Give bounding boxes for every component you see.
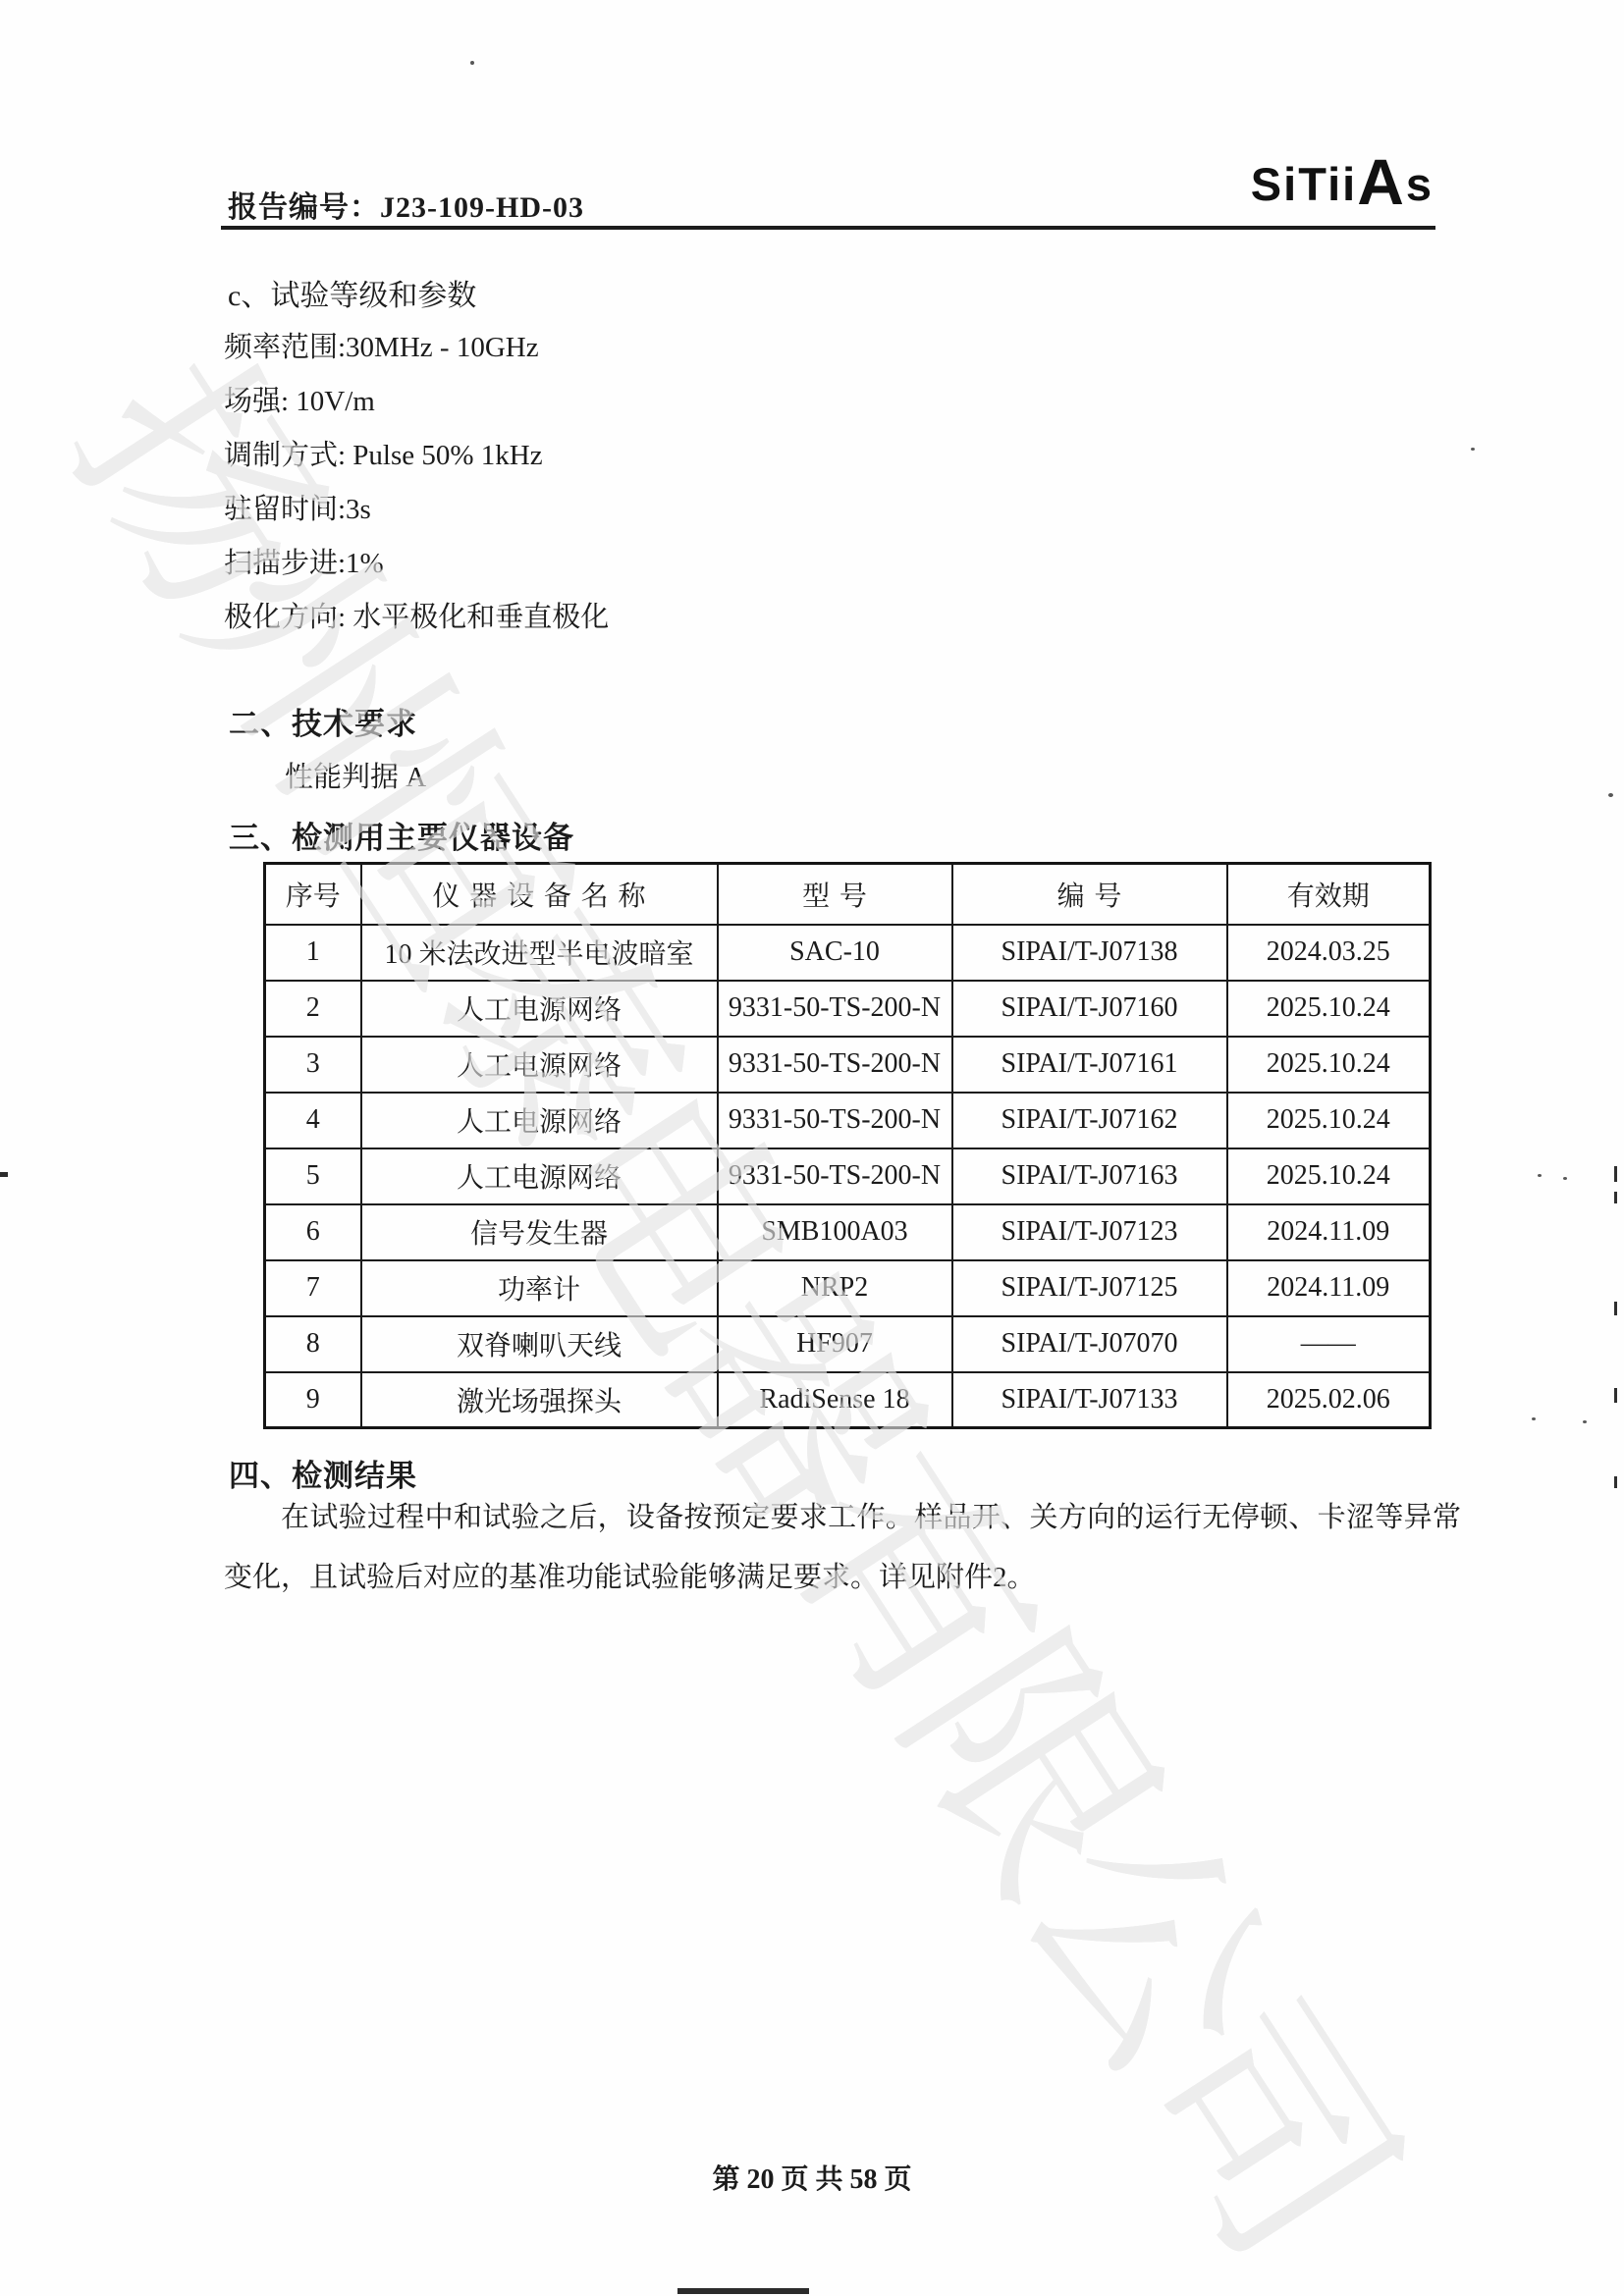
logo-triangle-a: A	[1357, 162, 1406, 201]
scan-tick	[1614, 1476, 1617, 1488]
cell-serial: SIPAI/T-J07133	[952, 1372, 1227, 1428]
cell-serial: SIPAI/T-J07070	[952, 1316, 1227, 1372]
cell-index: 5	[265, 1148, 361, 1204]
table-row: 3 人工电源网络 9331-50-TS-200-N SIPAI/T-J07161…	[265, 1037, 1431, 1093]
cell-name: 信号发生器	[361, 1204, 718, 1260]
scan-mark	[0, 1172, 8, 1177]
param-modulation: 调制方式: Pulse 50% 1kHz	[224, 433, 543, 473]
section-2-title: 二、技术要求	[229, 699, 417, 743]
table-row: 8 双脊喇叭天线 HF907 SIPAI/T-J07070 ——	[265, 1316, 1431, 1372]
cell-validity: 2024.11.09	[1227, 1204, 1431, 1260]
document-content: 报告编号：J23-109-HD-03 SiTiiAs c、试验等级和参数 频率范…	[224, 0, 1457, 2296]
sitiias-logo: SiTiiAs	[1251, 155, 1434, 214]
cell-model: SMB100A03	[718, 1204, 952, 1260]
report-number: 报告编号：J23-109-HD-03	[228, 183, 584, 226]
cell-validity: 2025.10.24	[1227, 1037, 1431, 1093]
scan-speck	[1471, 448, 1475, 451]
scan-tick	[1614, 1388, 1617, 1403]
cell-index: 1	[265, 925, 361, 981]
cell-name: 10 米法改进型半电波暗室	[361, 925, 718, 981]
scan-speck	[1532, 1417, 1536, 1420]
cell-name: 激光场强探头	[361, 1372, 718, 1428]
table-row: 4 人工电源网络 9331-50-TS-200-N SIPAI/T-J07162…	[265, 1093, 1431, 1148]
cell-serial: SIPAI/T-J07160	[952, 981, 1227, 1037]
cell-validity: ——	[1227, 1316, 1431, 1372]
table-header-row: 序号 仪器设备名称 型号 编号 有效期	[265, 864, 1431, 925]
cell-serial: SIPAI/T-J07123	[952, 1204, 1227, 1260]
logo-text-left: SiTii	[1251, 158, 1357, 210]
cell-model: SAC-10	[718, 925, 952, 981]
col-header-validity: 有效期	[1227, 864, 1431, 925]
cell-model: 9331-50-TS-200-N	[718, 1093, 952, 1148]
scan-speck	[1583, 1420, 1587, 1423]
cell-validity: 2024.03.25	[1227, 925, 1431, 981]
col-header-serial: 编号	[952, 864, 1227, 925]
cell-model: RadiSense 18	[718, 1372, 952, 1428]
section-c-title: c、试验等级和参数	[228, 271, 476, 314]
cell-model: 9331-50-TS-200-N	[718, 1037, 952, 1093]
scan-tick	[1614, 1302, 1617, 1315]
logo-text-right: s	[1406, 158, 1434, 210]
col-header-name: 仪器设备名称	[361, 864, 718, 925]
cell-model: NRP2	[718, 1260, 952, 1316]
cell-name: 人工电源网络	[361, 981, 718, 1037]
test-result-paragraph: 在试验过程中和试验之后，设备按预定要求工作。样品开、关方向的运行无停顿、卡涩等异…	[224, 1488, 1461, 1608]
cell-name: 人工电源网络	[361, 1037, 718, 1093]
page-number: 第 20 页 共 58 页	[0, 2158, 1624, 2197]
cell-serial: SIPAI/T-J07161	[952, 1037, 1227, 1093]
cell-name: 人工电源网络	[361, 1093, 718, 1148]
cell-index: 3	[265, 1037, 361, 1093]
table-row: 7 功率计 NRP2 SIPAI/T-J07125 2024.11.09	[265, 1260, 1431, 1316]
param-polarization: 极化方向: 水平极化和垂直极化	[224, 595, 609, 635]
table-row: 5 人工电源网络 9331-50-TS-200-N SIPAI/T-J07163…	[265, 1148, 1431, 1204]
scan-speck	[1538, 1174, 1542, 1177]
equipment-table: 序号 仪器设备名称 型号 编号 有效期 1 10 米法改进型半电波暗室 SAC-…	[263, 862, 1432, 1429]
cell-index: 7	[265, 1260, 361, 1316]
cell-serial: SIPAI/T-J07125	[952, 1260, 1227, 1316]
scan-tick	[1614, 1166, 1617, 1182]
cell-index: 4	[265, 1093, 361, 1148]
cell-index: 8	[265, 1316, 361, 1372]
cell-validity: 2025.10.24	[1227, 981, 1431, 1037]
page: 扬州恒泰电器有限公司 报告编号：J23-109-HD-03 SiTiiAs c、…	[0, 0, 1624, 2296]
cell-model: 9331-50-TS-200-N	[718, 1148, 952, 1204]
scan-speck	[470, 61, 474, 65]
table-row: 6 信号发生器 SMB100A03 SIPAI/T-J07123 2024.11…	[265, 1204, 1431, 1260]
scan-tick	[1614, 1192, 1617, 1203]
cell-name: 功率计	[361, 1260, 718, 1316]
cell-serial: SIPAI/T-J07138	[952, 925, 1227, 981]
cell-index: 6	[265, 1204, 361, 1260]
param-frequency-range: 频率范围:30MHz - 10GHz	[224, 325, 539, 365]
cell-name: 人工电源网络	[361, 1148, 718, 1204]
cell-model: HF907	[718, 1316, 952, 1372]
col-header-index: 序号	[265, 864, 361, 925]
scan-speck	[1563, 1177, 1567, 1180]
cell-validity: 2025.10.24	[1227, 1148, 1431, 1204]
header-divider-line	[221, 226, 1435, 230]
cell-index: 9	[265, 1372, 361, 1428]
param-dwell-time: 驻留时间:3s	[224, 487, 371, 527]
scan-mark	[677, 2288, 809, 2294]
cell-name: 双脊喇叭天线	[361, 1316, 718, 1372]
table-row: 1 10 米法改进型半电波暗室 SAC-10 SIPAI/T-J07138 20…	[265, 925, 1431, 981]
cell-serial: SIPAI/T-J07163	[952, 1148, 1227, 1204]
performance-criterion: 性能判据 A	[285, 755, 426, 795]
cell-model: 9331-50-TS-200-N	[718, 981, 952, 1037]
table-row: 9 激光场强探头 RadiSense 18 SIPAI/T-J07133 202…	[265, 1372, 1431, 1428]
scan-speck	[1608, 793, 1613, 797]
cell-serial: SIPAI/T-J07162	[952, 1093, 1227, 1148]
param-step-size: 扫描步进:1%	[224, 541, 384, 581]
section-3-title: 三、检测用主要仪器设备	[229, 813, 574, 857]
param-field-strength: 场强: 10V/m	[224, 379, 375, 419]
cell-validity: 2025.02.06	[1227, 1372, 1431, 1428]
col-header-model: 型号	[718, 864, 952, 925]
cell-index: 2	[265, 981, 361, 1037]
cell-validity: 2025.10.24	[1227, 1093, 1431, 1148]
cell-validity: 2024.11.09	[1227, 1260, 1431, 1316]
table-row: 2 人工电源网络 9331-50-TS-200-N SIPAI/T-J07160…	[265, 981, 1431, 1037]
